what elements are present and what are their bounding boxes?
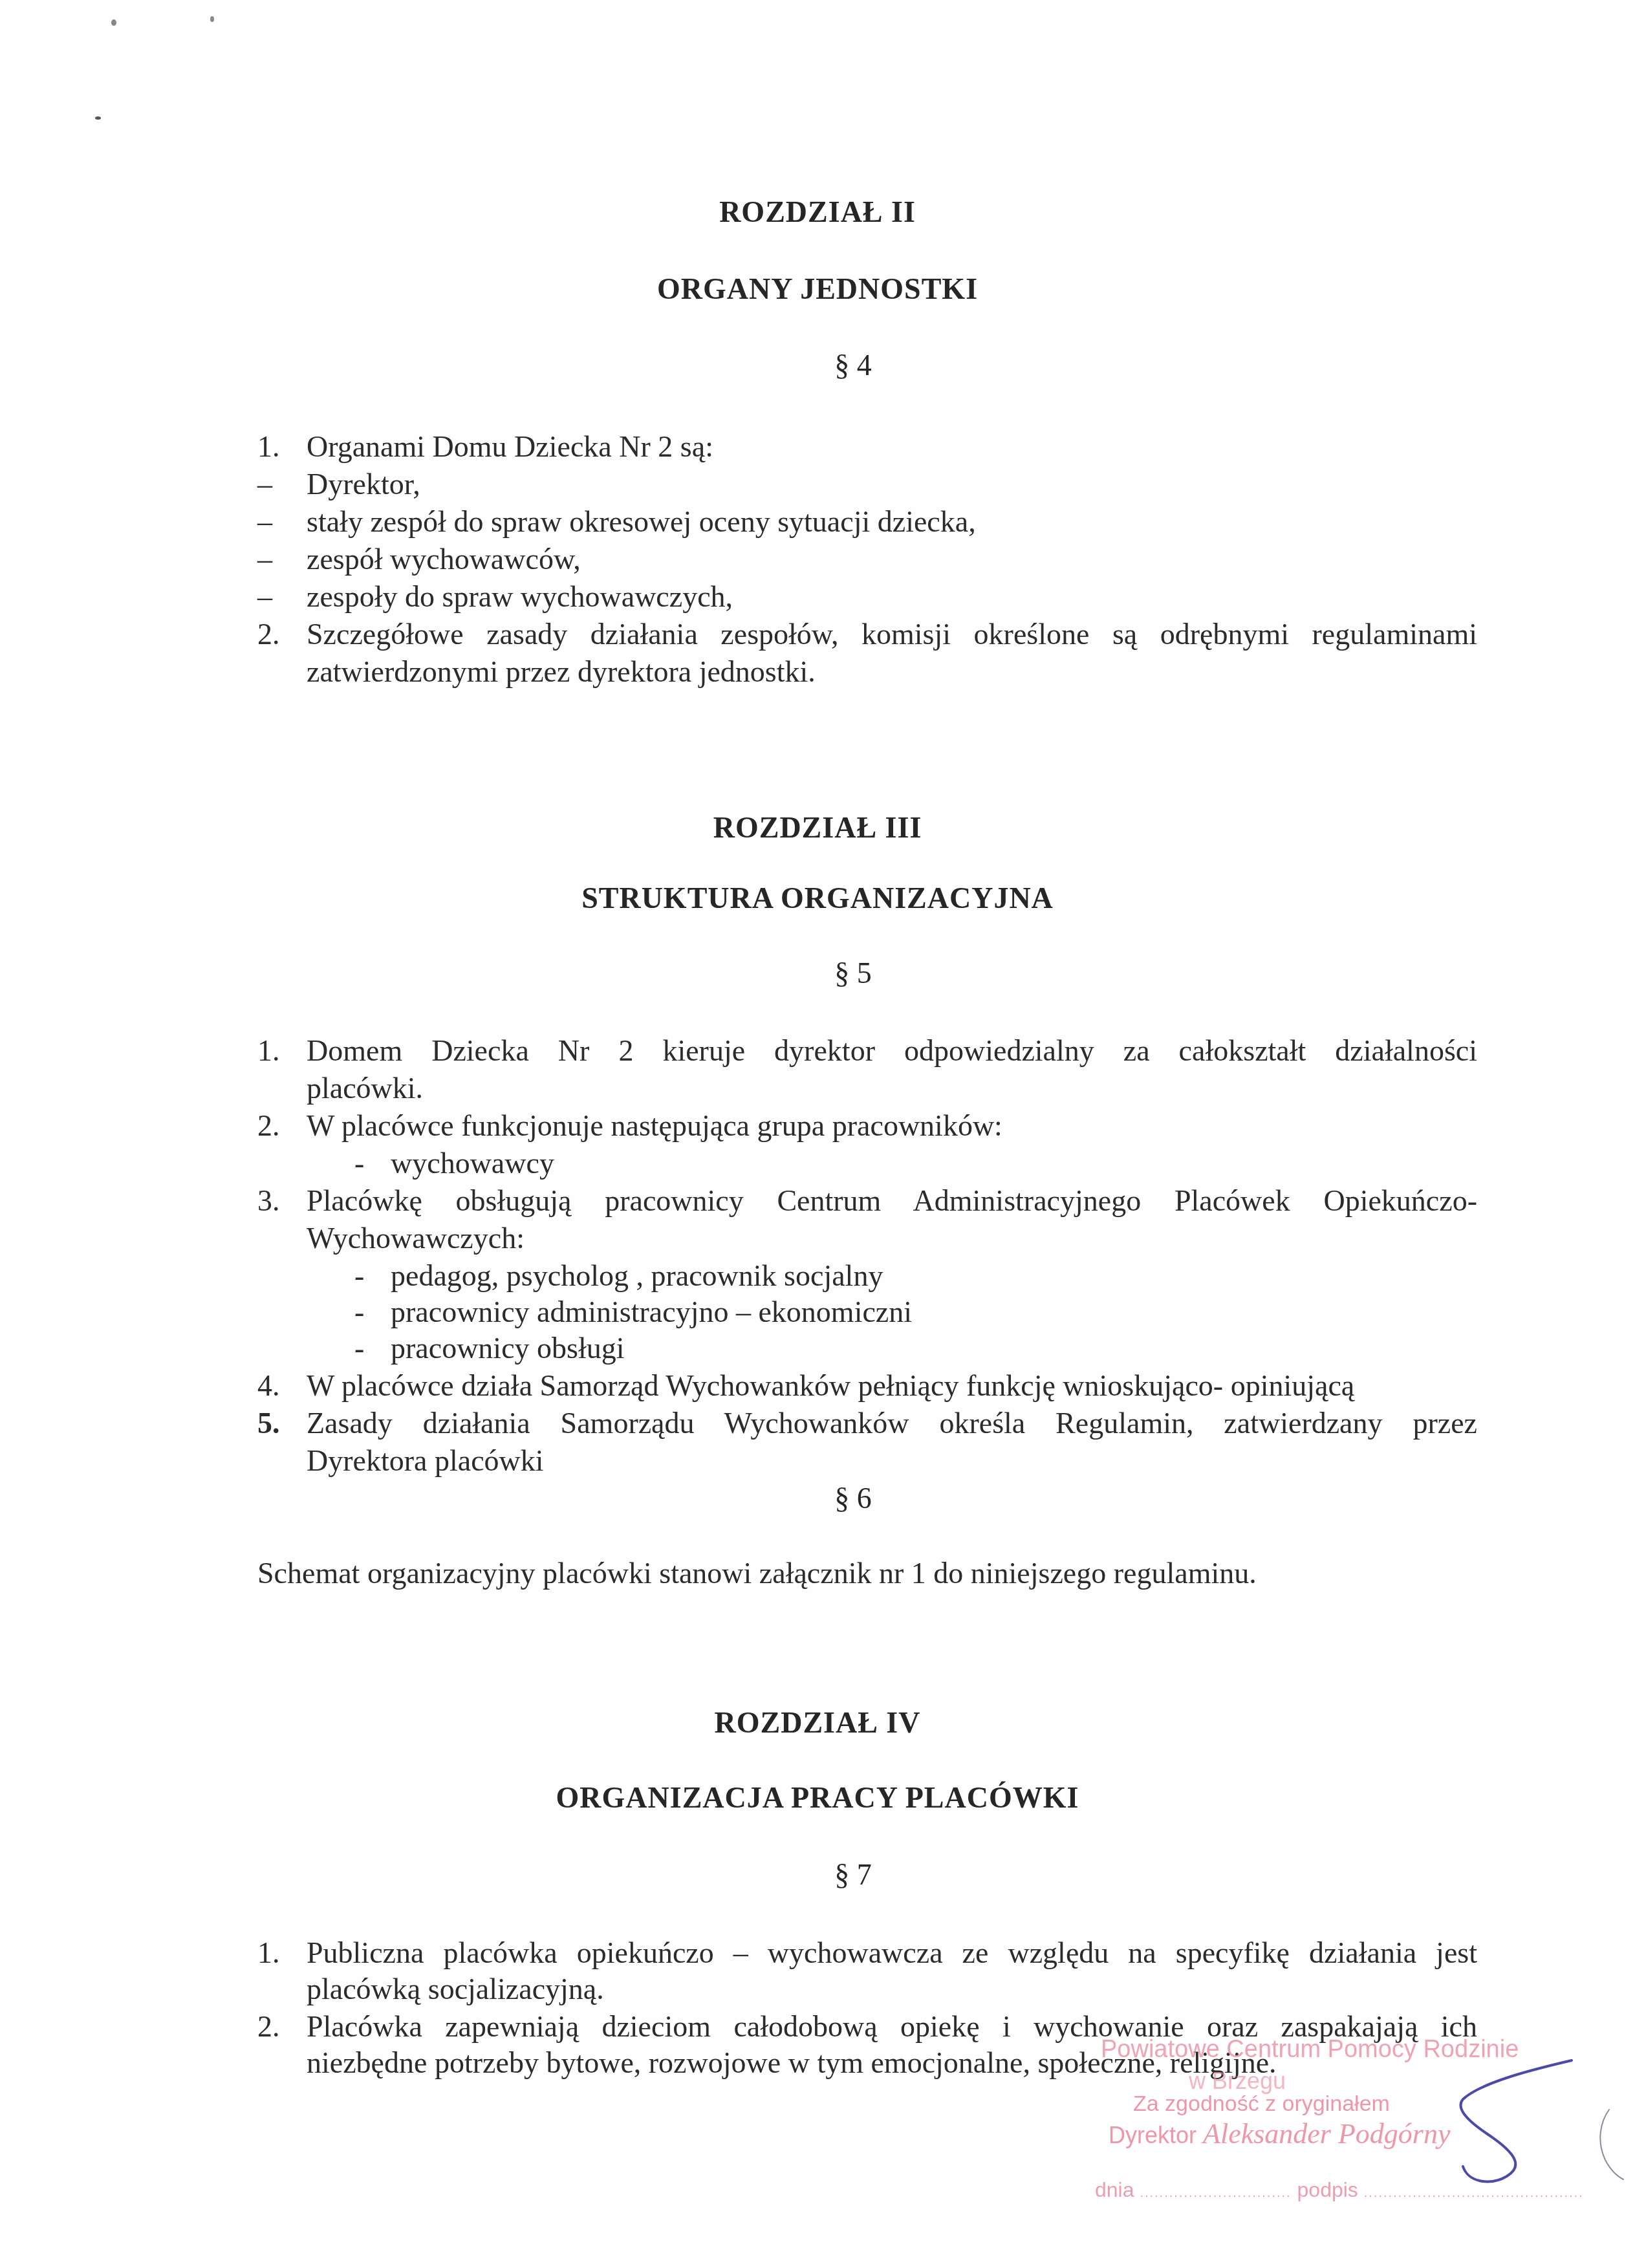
list-item-text: Wychowawczych: [307, 1224, 525, 1253]
stamp-director-label: Dyrektor [1109, 2122, 1196, 2148]
scan-speck [95, 116, 101, 120]
list-marker: 4. [257, 1371, 280, 1401]
sub-list-text: wychowawcy [391, 1149, 554, 1178]
list-marker: – [257, 582, 272, 612]
list-marker: 3. [257, 1186, 280, 1216]
sub-list-text: pedagog, psycholog , pracownik socjalny [391, 1261, 883, 1291]
list-item-text: Domem Dziecka Nr 2 kieruje dyrektor odpo… [307, 1036, 1477, 1066]
sub-list-marker: - [354, 1149, 364, 1178]
list-item-text: stały zespół do spraw okresowej oceny sy… [307, 507, 976, 537]
list-item-text: Publiczna placówka opiekuńczo – wychowaw… [307, 1938, 1477, 1968]
list-marker: – [257, 545, 272, 574]
list-item-text: Organami Domu Dziecka Nr 2 są: [307, 432, 713, 462]
sub-list-marker: - [354, 1334, 364, 1363]
list-marker: 1. [257, 1036, 280, 1066]
paragraph-6: § 6 [71, 1484, 1635, 1513]
chapter-4-subtitle: ORGANIZACJA PRACY PLACÓWKI [0, 1783, 1635, 1813]
paragraph-7: § 7 [71, 1860, 1635, 1890]
stamp-director: Dyrektor Aleksander Podgórny [1109, 2120, 1451, 2148]
scan-speck [210, 16, 214, 22]
list-item-text: placówką socjalizacyjną. [307, 1974, 604, 2004]
document-page: ROZDZIAŁ II ORGANY JEDNOSTKI § 4 1. Orga… [0, 0, 1635, 2268]
paragraph-6-text: Schemat organizacyjny placówki stanowi z… [257, 1559, 1257, 1588]
paragraph-5: § 5 [71, 958, 1635, 988]
list-marker: – [257, 507, 272, 537]
list-marker: 1. [257, 432, 280, 462]
chapter-2-subtitle: ORGANY JEDNOSTKI [0, 274, 1635, 304]
sub-list-text: pracownicy administracyjno – ekonomiczni [391, 1297, 912, 1327]
paragraph-4: § 4 [71, 351, 1635, 380]
stamp-location: w Brzegu [1189, 2069, 1286, 2093]
sub-list-text: pracownicy obsługi [391, 1334, 625, 1363]
list-item-text: Szczegółowe zasady działania zespołów, k… [307, 620, 1477, 649]
list-item-text: zatwierdzonymi przez dyrektora jednostki… [307, 657, 816, 687]
chapter-3-subtitle: STRUKTURA ORGANIZACYJNA [0, 883, 1635, 913]
sub-list-marker: - [354, 1297, 364, 1327]
list-marker: 1. [257, 1938, 280, 1968]
list-item-text: zespół wychowawców, [307, 545, 581, 574]
list-marker: 5. [257, 1409, 280, 1438]
sub-list-marker: - [354, 1261, 364, 1291]
list-marker: – [257, 470, 272, 499]
list-marker: 2. [257, 620, 280, 649]
list-item-text: Zasady działania Samorządu Wychowanków o… [307, 1409, 1477, 1438]
scan-speck [111, 19, 116, 26]
chapter-4-title: ROZDZIAŁ IV [0, 1708, 1635, 1738]
handwritten-signature [1455, 2057, 1630, 2186]
list-item-text: Dyrektora placówki [307, 1446, 544, 1476]
chapter-3-title: ROZDZIAŁ III [0, 813, 1635, 843]
list-item-text: W placówce działa Samorząd Wychowanków p… [307, 1371, 1354, 1401]
list-item-text: Placówkę obsługują pracownicy Centrum Ad… [307, 1186, 1477, 1216]
list-item-text: placówki. [307, 1074, 423, 1103]
list-marker: 2. [257, 2012, 280, 2042]
list-item-text: W placówce funkcjonuje następująca grupa… [307, 1111, 1002, 1141]
list-marker: 2. [257, 1111, 280, 1141]
list-item-text: Dyrektor, [307, 470, 420, 499]
chapter-2-title: ROZDZIAŁ II [0, 197, 1635, 227]
list-item-text: zespoły do spraw wychowawczych, [307, 582, 733, 612]
stamp-date-label: dnia [1095, 2178, 1134, 2201]
stamp-director-name: Aleksander Podgórny [1203, 2118, 1450, 2150]
stamp-certified-copy: Za zgodność z oryginałem [1133, 2093, 1390, 2115]
stamp-signature-label: podpis [1297, 2178, 1358, 2201]
